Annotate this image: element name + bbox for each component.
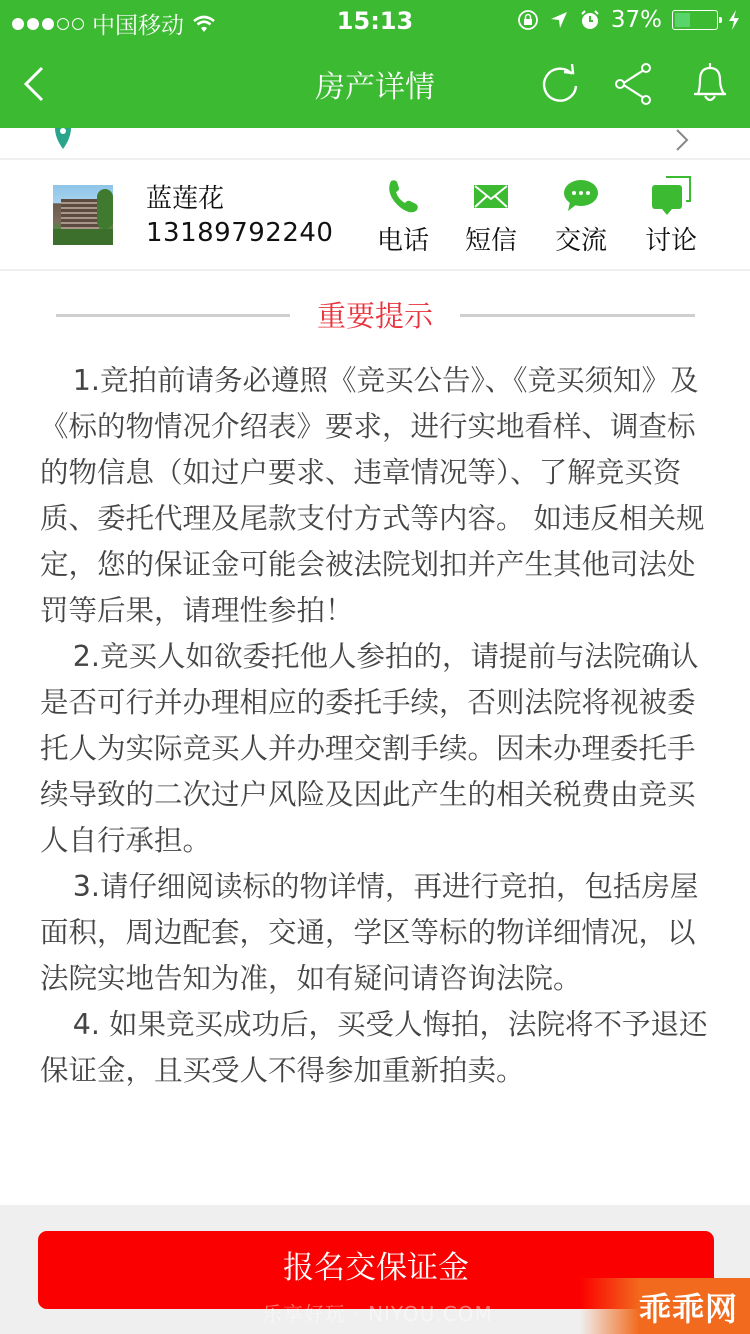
rotation-lock-icon (517, 9, 539, 31)
chat-bubble-icon (562, 178, 600, 214)
contact-phone: 13189792240 (146, 218, 333, 248)
location-row[interactable] (0, 128, 750, 160)
chat-button[interactable]: 交流 (546, 176, 616, 257)
notification-button[interactable] (688, 60, 732, 108)
call-label: 电话 (368, 220, 438, 257)
chat-label: 交流 (546, 220, 616, 257)
location-arrow-icon (549, 10, 569, 30)
bell-icon (688, 60, 732, 108)
discussion-label: 讨论 (636, 220, 706, 257)
notice-body: 1.竞拍前请务必遵照《竞买公告》、《竞买须知》及《标的物情况介绍表》要求，进行实… (40, 358, 715, 1094)
notice-paragraph-2: 2.竞买人如欲委托他人参拍的，请提前与法院确认是否可行并办理相应的委托手续，否则… (40, 634, 715, 864)
notice-paragraph-4: 4. 如果竞买成功后，买受人悔拍，法院将不予退还保证金，且买受人不得参加重新拍卖… (40, 1002, 715, 1094)
watermark: 乐享好玩 · NIYOU.COM (262, 1298, 493, 1327)
battery-icon (672, 10, 718, 30)
status-bar: 中国移动 15:13 37% (0, 0, 750, 40)
alarm-icon (579, 9, 601, 31)
sms-label: 短信 (456, 220, 526, 257)
charging-bolt-icon (728, 10, 740, 30)
notice-paragraph-1: 1.竞拍前请务必遵照《竞买公告》、《竞买须知》及《标的物情况介绍表》要求，进行实… (40, 358, 715, 634)
notice-paragraph-3: 3.请仔细阅读标的物详情，再进行竞拍，包括房屋面积，周边配套，交通，学区等标的物… (40, 864, 715, 1002)
brand-logo: 乖乖网 (580, 1278, 750, 1334)
refresh-button[interactable] (538, 60, 582, 108)
share-icon (612, 60, 656, 108)
divider-right (460, 314, 695, 317)
call-button[interactable]: 电话 (368, 176, 438, 257)
contact-card: 蓝莲花 13189792240 电话 短信 交流 (0, 160, 750, 271)
battery-percent: 37% (611, 7, 662, 33)
top-bar: 中国移动 15:13 37% (0, 0, 750, 128)
notice-header: 重要提示 (0, 292, 750, 340)
share-button[interactable] (612, 60, 656, 108)
chevron-right-icon (674, 128, 690, 154)
brand-label: 乖乖网 (639, 1284, 738, 1330)
phone-icon (385, 178, 421, 214)
discussion-button[interactable]: 讨论 (636, 176, 706, 257)
location-pin-icon (52, 128, 74, 150)
refresh-icon (538, 60, 582, 108)
envelope-icon (473, 182, 509, 210)
discussion-icon (650, 175, 692, 217)
avatar (53, 185, 113, 245)
nav-bar: 房产详情 (0, 40, 750, 128)
contact-name: 蓝莲花 (146, 178, 224, 215)
sms-button[interactable]: 短信 (456, 176, 526, 257)
